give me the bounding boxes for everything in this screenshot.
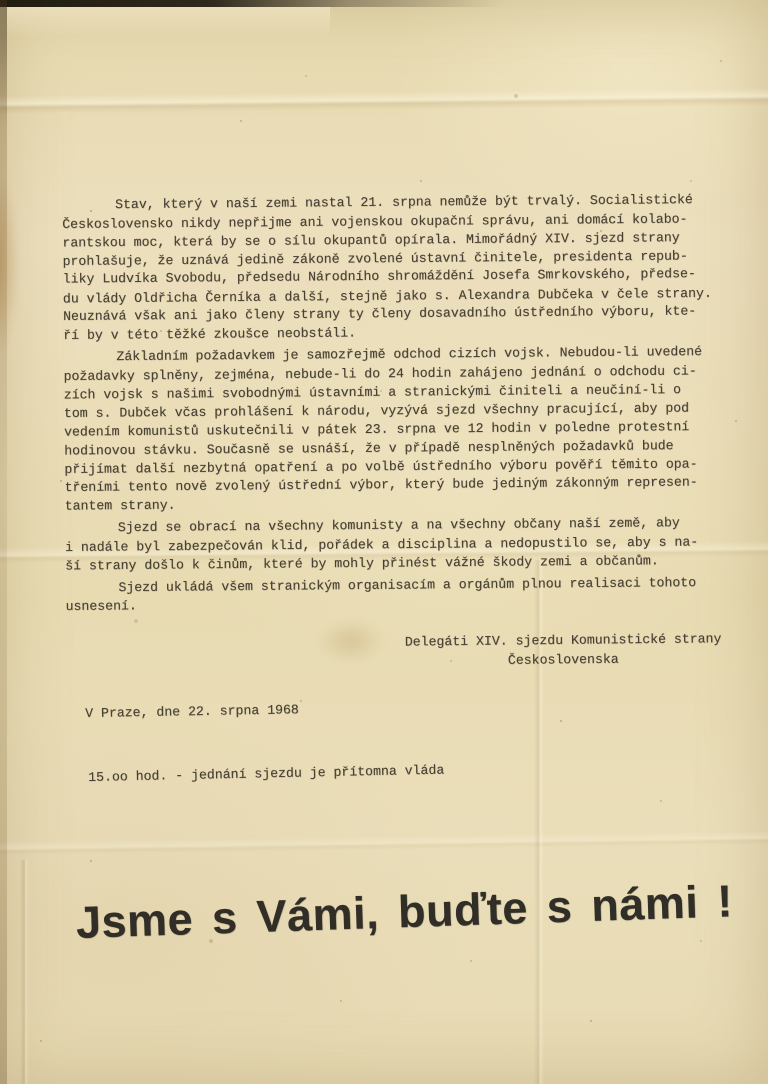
paragraph: Sjezd ukládá všem stranickým organisacím…: [65, 574, 725, 617]
paragraph: Sjezd se obrací na všechny komunisty a n…: [65, 515, 725, 576]
fold-crease-vertical: [20, 860, 29, 1084]
fold-crease-horizontal: [0, 88, 768, 114]
resolution-body-text: Stav, který v naší zemi nastal 21. srpna…: [62, 191, 726, 621]
scan-edge-left: [0, 0, 7, 1084]
scan-edge-highlight: [0, 7, 330, 37]
scanned-leaflet-page: Stav, který v naší zemi nastal 21. srpna…: [0, 0, 768, 1084]
signature-line: Delegáti XIV. sjezdu Komunistické strany: [402, 630, 724, 652]
place-date-line: V Praze, dne 22. srpna 1968: [85, 701, 299, 723]
scan-edge-top: [0, 0, 560, 7]
signature-line: Československa: [402, 649, 724, 671]
time-note-line: 15.oo hod. - jednání sjezdu je přítomna …: [88, 762, 444, 788]
paragraph: Základním požadavkem je samozřejmě odcho…: [63, 344, 724, 517]
headline-slogan: Jsme s Vámi, buďte s námi !: [75, 875, 733, 949]
fold-crease-horizontal: [0, 831, 768, 856]
signature-block: Delegáti XIV. sjezdu Komunistické strany…: [402, 631, 724, 671]
paragraph: Stav, který v naší zemi nastal 21. srpna…: [62, 191, 723, 345]
paper-stain: [316, 618, 386, 664]
